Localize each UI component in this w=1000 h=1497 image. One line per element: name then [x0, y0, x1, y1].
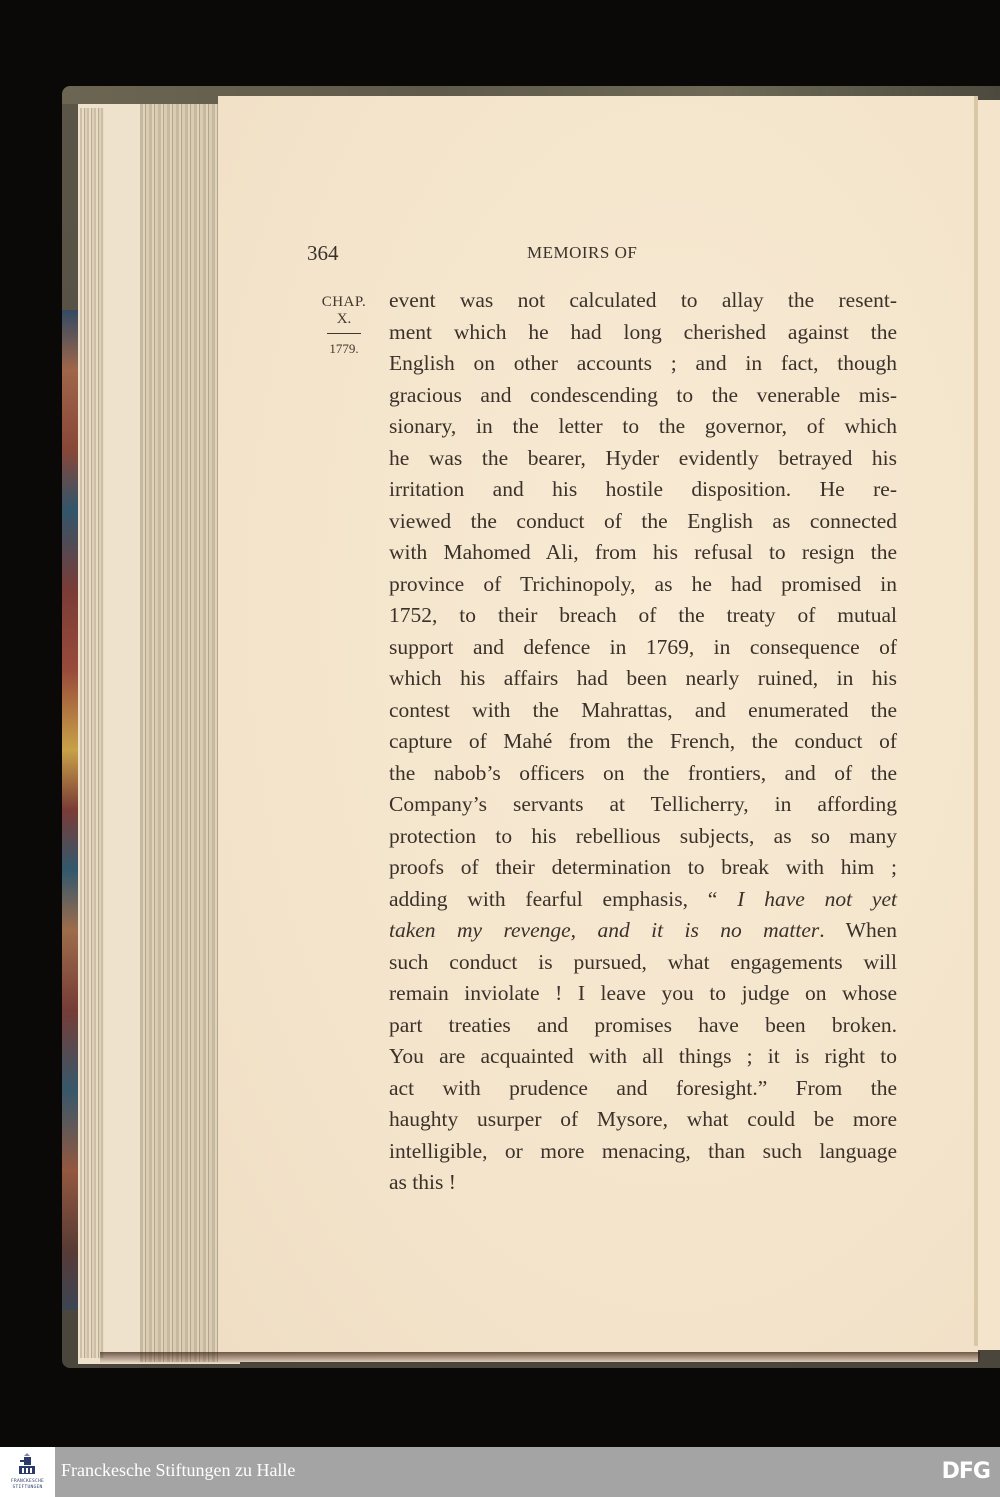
text-line: viewed the conduct of the English as con…	[389, 506, 897, 538]
text-line: proofs of their determination to break w…	[389, 852, 897, 884]
page-bottom-shadow	[100, 1352, 980, 1364]
institution-name[interactable]: Franckesche Stiftungen zu Halle	[61, 1460, 295, 1481]
margin-note: CHAP. X. 1779.	[312, 293, 376, 356]
page-edges-outer	[80, 108, 104, 1358]
italic-quote: I have not yet	[737, 887, 897, 911]
text-line: the nabob’s officers on the frontiers, a…	[389, 758, 897, 790]
text-segment: adding with fearful emphasis, “	[389, 887, 737, 911]
text-line: adding with fearful emphasis, “ I have n…	[389, 884, 897, 916]
margin-year: 1779.	[312, 342, 376, 356]
text-line: sionary, in the letter to the governor, …	[389, 411, 897, 443]
running-title: MEMOIRS OF	[527, 243, 637, 263]
francke-statue-icon	[17, 1453, 37, 1475]
margin-rule	[327, 333, 361, 334]
text-line: English on other accounts ; and in fact,…	[389, 348, 897, 380]
text-line: irritation and his hostile disposition. …	[389, 474, 897, 506]
text-line: as this !	[389, 1167, 897, 1199]
text-line: capture of Mahé from the French, the con…	[389, 726, 897, 758]
text-line: remain inviolate ! I leave you to judge …	[389, 978, 897, 1010]
text-line: which his affairs had been nearly ruined…	[389, 663, 897, 695]
text-line: haughty usurper of Mysore, what could be…	[389, 1104, 897, 1136]
text-line: gracious and condescending to the venera…	[389, 380, 897, 412]
text-segment: . When	[819, 918, 897, 942]
text-line: protection to his rebellious subjects, a…	[389, 821, 897, 853]
text-line: taken my revenge, and it is no matter. W…	[389, 915, 897, 947]
text-line: Company’s servants at Tellicherry, in af…	[389, 789, 897, 821]
facing-page-edge	[978, 100, 1000, 1350]
italic-quote: taken my revenge, and it is no matter	[389, 918, 819, 942]
text-line: support and defence in 1769, in conseque…	[389, 632, 897, 664]
text-line: You are acquainted with all things ; it …	[389, 1041, 897, 1073]
text-line: province of Trichinopoly, as he had prom…	[389, 569, 897, 601]
footer-bar: FRANCKESCHE STIFTUNGEN Franckesche Stift…	[0, 1447, 1000, 1497]
chapter-number: X.	[312, 311, 376, 327]
text-line: contest with the Mahrattas, and enumerat…	[389, 695, 897, 727]
text-line: he was the bearer, Hyder evidently betra…	[389, 443, 897, 475]
institution-logo[interactable]: FRANCKESCHE STIFTUNGEN	[0, 1447, 55, 1497]
text-line: with Mahomed Ali, from his refusal to re…	[389, 537, 897, 569]
logo-text: FRANCKESCHE STIFTUNGEN	[0, 1479, 55, 1490]
text-line: act with prudence and foresight.” From t…	[389, 1073, 897, 1105]
text-line: intelligible, or more menacing, than suc…	[389, 1136, 897, 1168]
text-line: 1752, to their breach of the treaty of m…	[389, 600, 897, 632]
chapter-label: CHAP.	[312, 293, 376, 311]
text-line: part treaties and promises have been bro…	[389, 1010, 897, 1042]
dfg-logo[interactable]: DFG	[942, 1459, 990, 1484]
page-number: 364	[307, 241, 339, 266]
text-line: ment which he had long cherished against…	[389, 317, 897, 349]
text-line: such conduct is pursued, what engagement…	[389, 947, 897, 979]
body-text: event was not calculated to allay the re…	[389, 285, 897, 1199]
text-line: event was not calculated to allay the re…	[389, 285, 897, 317]
running-head: 364 MEMOIRS OF	[0, 241, 1000, 269]
